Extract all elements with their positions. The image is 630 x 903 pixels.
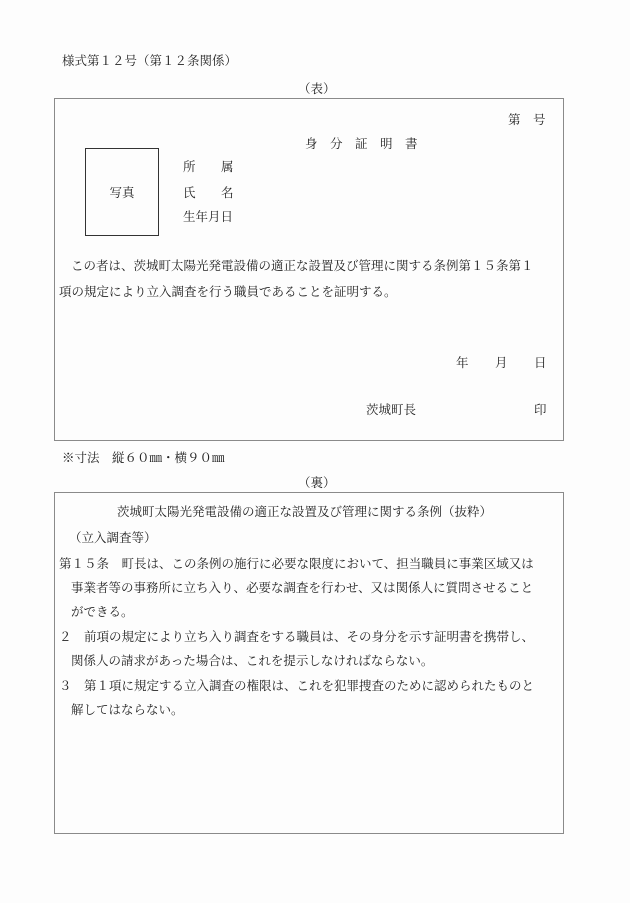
ordinance-title: 茨城町太陽光発電設備の適正な設置及び管理に関する条例（抜粋） (117, 502, 492, 520)
paragraph-2-line-1: ２ 前項の規定により立ち入り調査をする職員は、その身分を示す証明書を携帯し、 (59, 627, 534, 645)
section-heading: （立入調査等） (69, 528, 157, 546)
field-birthdate: 生年月日 (183, 207, 233, 225)
date-day: 日 (534, 353, 547, 371)
number-go: 号 (533, 110, 546, 128)
form-number: 様式第１２号（第１２条関係） (62, 51, 237, 69)
seal-mark: 印 (534, 400, 547, 418)
paragraph-3-line-2: 解してはならない。 (71, 700, 184, 718)
id-card-front: 第 号 身 分 証 明 書 写真 所 属 氏 名 生年月日 この者は、茨城町太陽… (54, 98, 564, 441)
paragraph-3-line-1: ３ 第１項に規定する立入調査の権限は、これを犯罪捜査のために認められたものと (59, 676, 534, 694)
date-year: 年 (456, 353, 469, 371)
issuer: 茨城町長 (366, 400, 416, 418)
article-15-line-1: 第１５条 町長は、この条例の施行に必要な限度において、担当職員に事業区域又は (59, 554, 534, 572)
photo-label: 写真 (109, 183, 134, 201)
field-affiliation-b: 属 (221, 157, 234, 175)
photo-placeholder: 写真 (85, 148, 159, 236)
front-side-label: （表） (298, 79, 336, 97)
date-month: 月 (495, 353, 508, 371)
card-title: 身 分 証 明 書 (305, 134, 418, 152)
field-affiliation-a: 所 (183, 157, 196, 175)
id-card-back: 茨城町太陽光発電設備の適正な設置及び管理に関する条例（抜粋） （立入調査等） 第… (54, 492, 564, 834)
field-name-a: 氏 (183, 183, 196, 201)
number-dai: 第 (508, 110, 521, 128)
paragraph-2-line-2: 関係人の請求があった場合は、これを提示しなければならない。 (71, 651, 433, 669)
dimensions-note: ※寸法 縦６０㎜・横９０㎜ (62, 448, 225, 466)
back-side-label: （裏） (298, 473, 336, 491)
certification-line-2: 項の規定により立入調査を行う職員であることを証明する。 (59, 282, 397, 300)
article-15-line-3: ができる。 (71, 602, 134, 620)
field-name-b: 名 (221, 183, 234, 201)
article-15-line-2: 事業者等の事務所に立ち入り、必要な調査を行わせ、又は関係人に質問させること (71, 578, 533, 596)
certification-line-1: この者は、茨城町太陽光発電設備の適正な設置及び管理に関する条例第１５条第１ (71, 256, 534, 274)
